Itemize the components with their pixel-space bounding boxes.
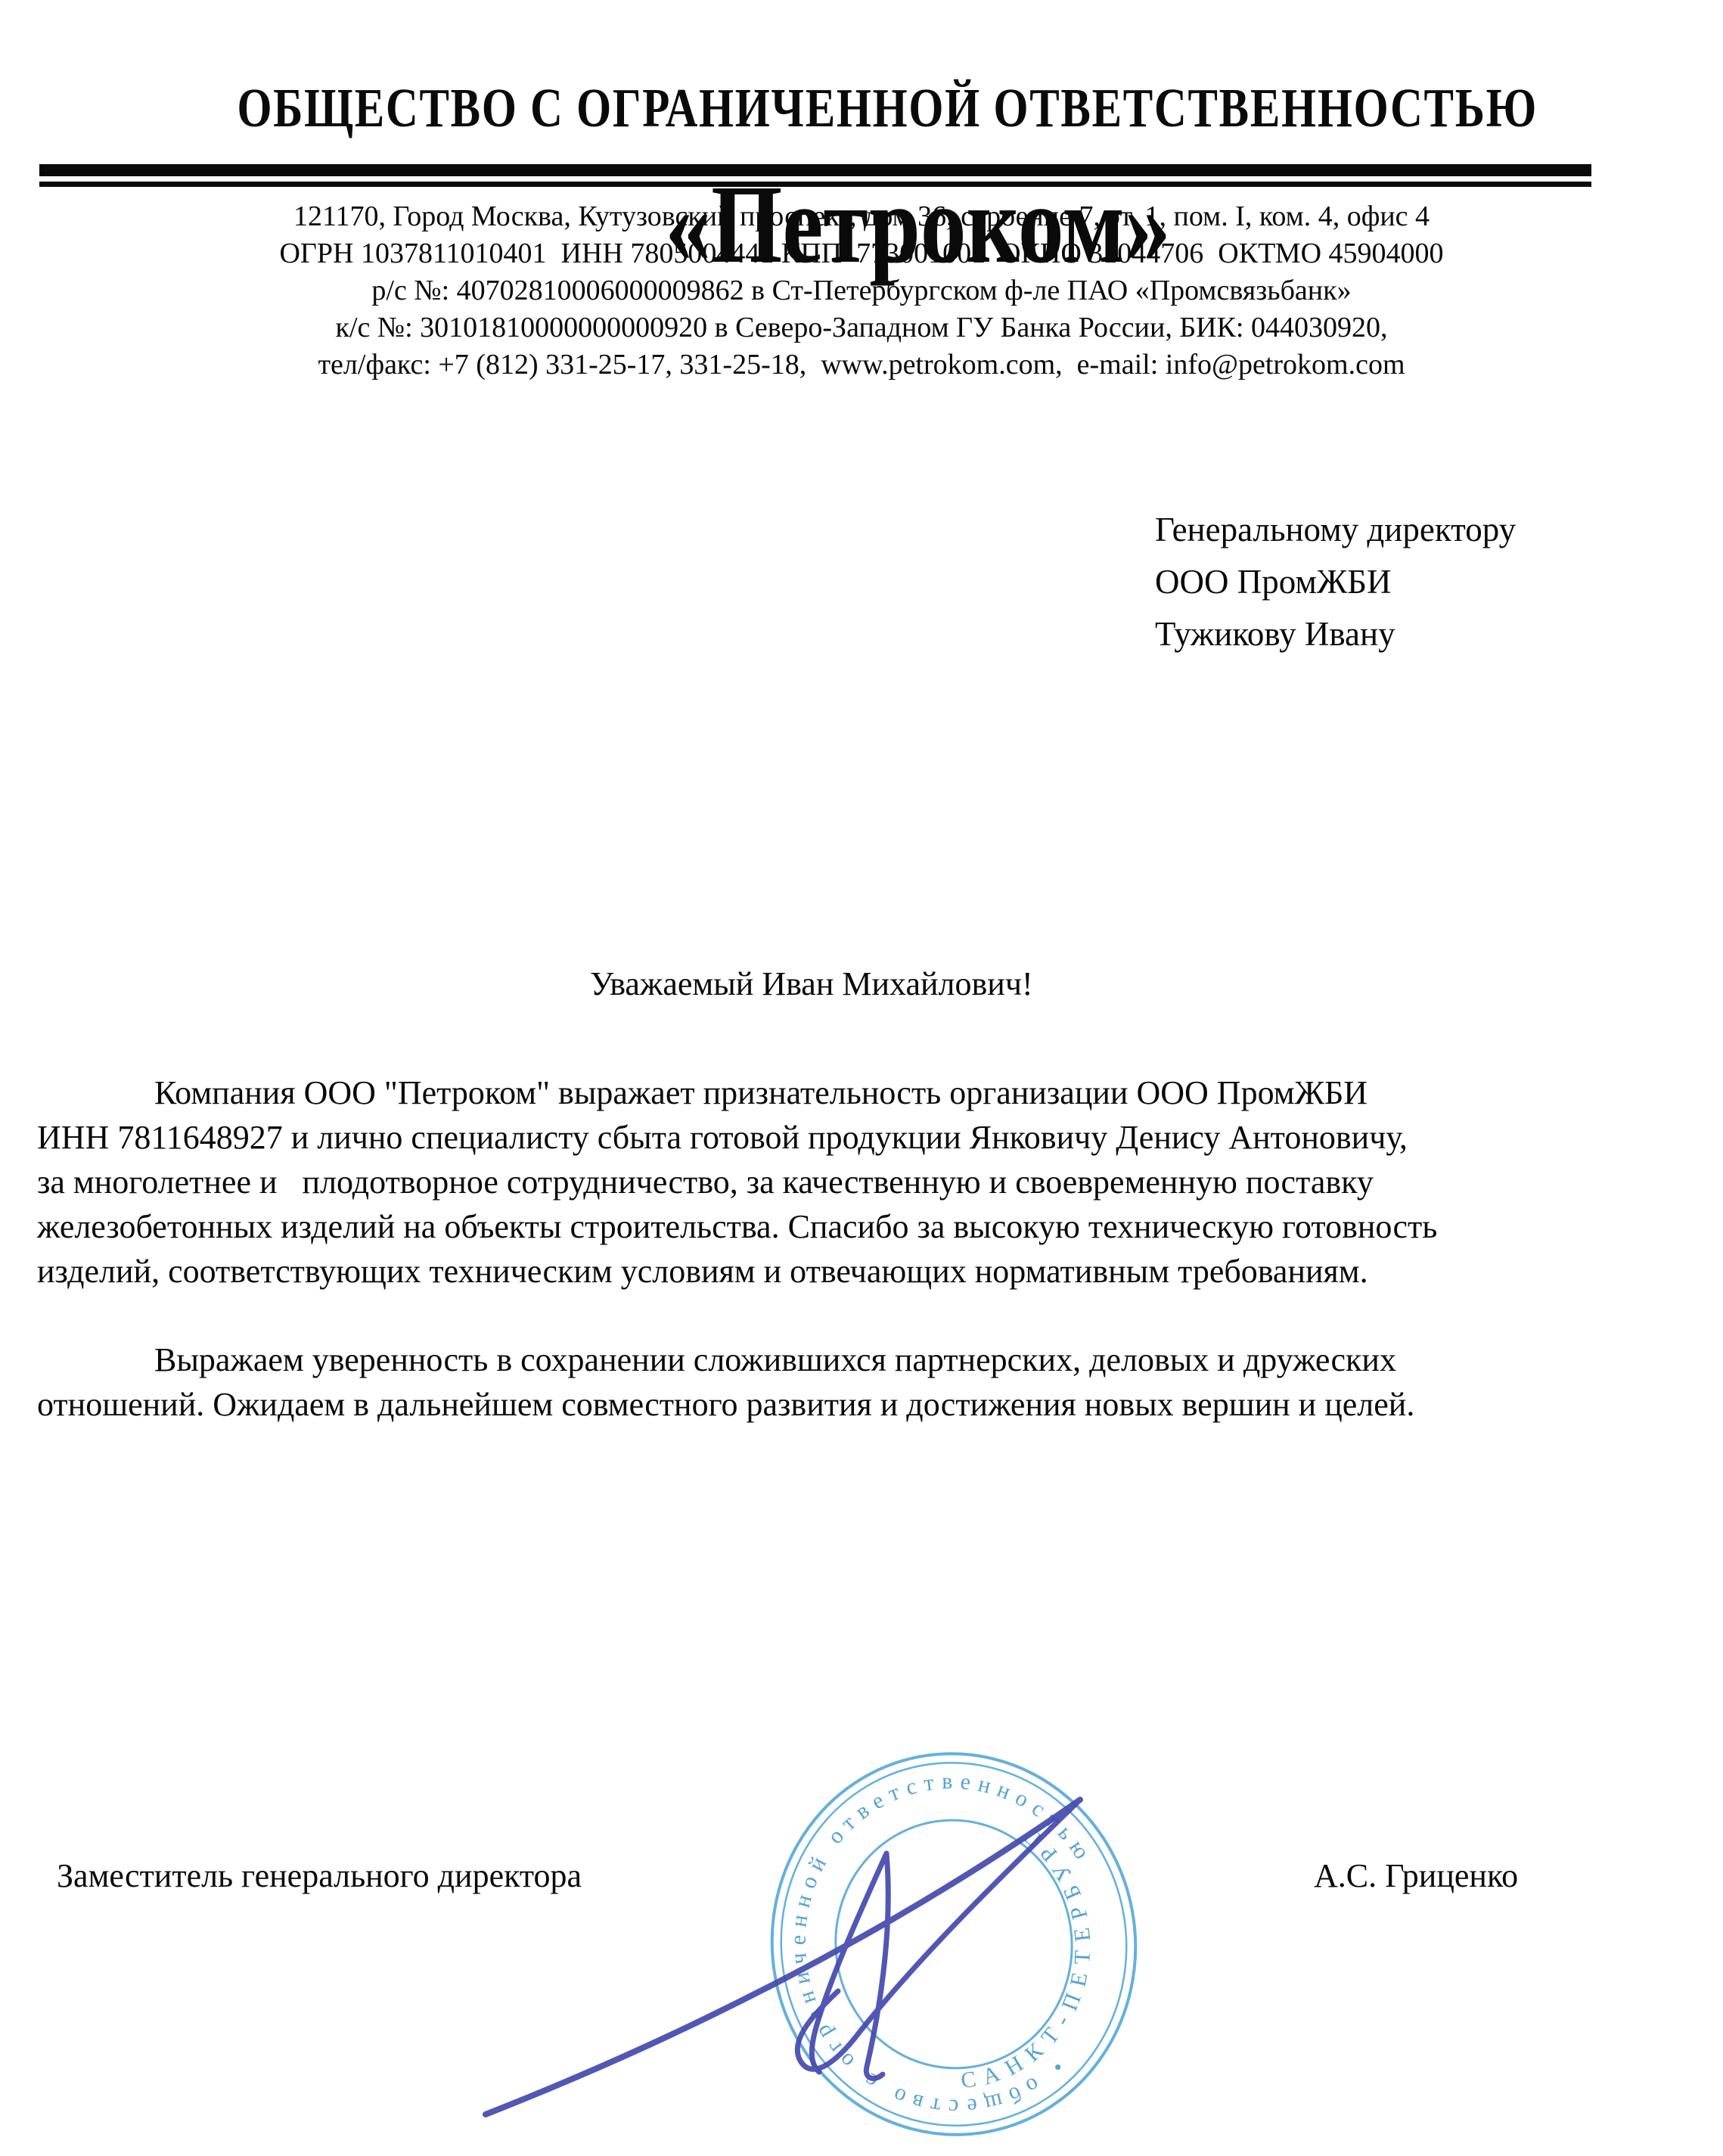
requisites-line-corr-account: к/с №: 30101810000000000920 в Северо-Зап…: [0, 309, 1723, 346]
recipient-company: ООО ПромЖБИ: [1155, 556, 1516, 608]
requisites-line-codes: ОГРН 1037811010401 ИНН 7805004441 КПП 77…: [0, 235, 1723, 272]
recipient-position: Генеральному директору: [1155, 504, 1516, 556]
salutation: Уважаемый Иван Михайлович!: [590, 965, 1033, 1003]
round-stamp: • общество с ограниченной ответственност…: [747, 1730, 1160, 2156]
recipient-person: Тужикову Ивану: [1155, 608, 1516, 660]
body-line: ИНН 7811648927 и лично специалисту сбыта…: [37, 1115, 1437, 1160]
company-stamp-and-signature: • общество с ограниченной ответственност…: [424, 1725, 1180, 2156]
requisites-line-contacts: тел/факс: +7 (812) 331-25-17, 331-25-18,…: [0, 346, 1723, 384]
requisites-line-account: р/с №: 40702810006000009862 в Ст-Петербу…: [0, 272, 1723, 309]
letterhead-rule-thin: [39, 182, 1591, 187]
body-paragraph-1: Компания ООО "Петроком" выражает признат…: [37, 1070, 1437, 1294]
body-line: отношений. Ожидаем в дальнейшем совместн…: [37, 1382, 1414, 1427]
recipient-block: Генеральному директору ООО ПромЖБИ Тужик…: [1155, 504, 1516, 660]
letter-page: ОБЩЕСТВО С ОГРАНИЧЕННОЙ ОТВЕТСТВЕННОСТЬЮ…: [0, 0, 1723, 2156]
requisites-line-address: 121170, Город Москва, Кутузовский проспе…: [0, 198, 1723, 235]
letterhead-rule-thick: [39, 164, 1591, 176]
body-paragraph-2: Выражаем уверенность в сохранении сложив…: [37, 1337, 1414, 1427]
signatory-name: А.С. Гриценко: [1314, 1857, 1518, 1895]
body-line: Выражаем уверенность в сохранении сложив…: [37, 1337, 1414, 1382]
body-line: железобетонных изделий на объекты строит…: [37, 1204, 1437, 1249]
letterhead-requisites: 121170, Город Москва, Кутузовский проспе…: [0, 198, 1723, 384]
body-line: Компания ООО "Петроком" выражает признат…: [37, 1070, 1437, 1115]
body-line: за многолетнее и плодотворное сотрудниче…: [37, 1160, 1437, 1204]
body-line: изделий, соответствующих техническим усл…: [37, 1249, 1437, 1294]
